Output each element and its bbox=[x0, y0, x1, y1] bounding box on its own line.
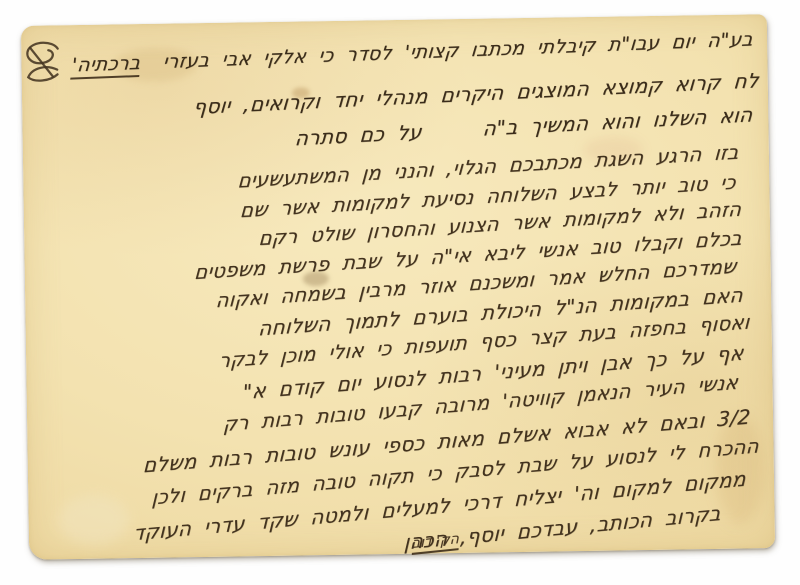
paper-stain bbox=[58, 494, 129, 545]
underlined-word: ברכתיה' bbox=[70, 52, 141, 80]
photo-background: בע"ה יום עבו"ת קיבלתי מכתבו קצותי' לסדר … bbox=[0, 0, 800, 585]
handwriting-line-1: בע"ה יום עבו"ת קיבלתי מכתבו קצותי' לסדר … bbox=[71, 28, 755, 76]
postcard: בע"ה יום עבו"ת קיבלתי מכתבו קצותי' לסדר … bbox=[21, 14, 775, 560]
signature: הק' דוב bbox=[412, 531, 459, 555]
pen-flourish-mark bbox=[22, 37, 63, 86]
line-text: בע"ה יום עבו"ת קיבלתי מכתבו קצותי' לסדר … bbox=[162, 28, 754, 73]
